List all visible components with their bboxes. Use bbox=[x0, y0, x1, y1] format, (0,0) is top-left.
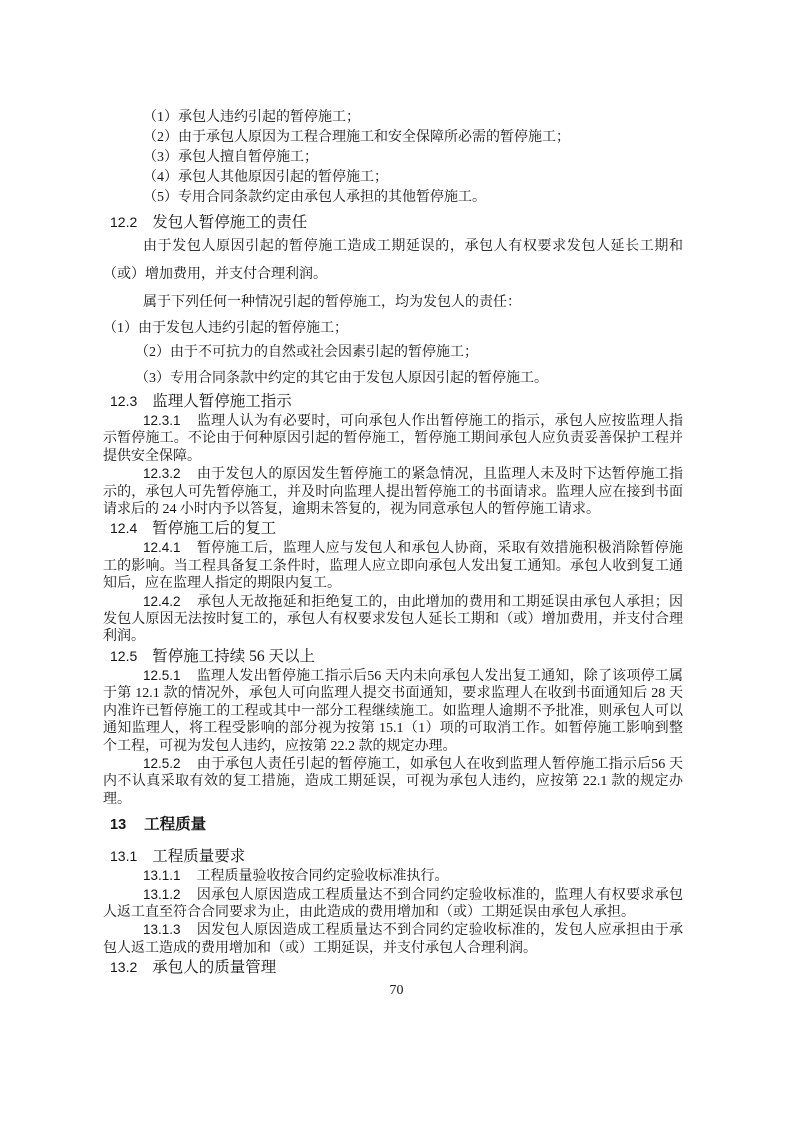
list-item: （5）专用合同条款约定由承包人承担的其他暂停施工。 bbox=[103, 188, 683, 208]
list-item: （4）承包人其他原因引起的暂停施工； bbox=[103, 168, 683, 188]
clause-paragraph: 12.4.2承包人无故拖延和拒绝复工的，由此增加的费用和工期延误由承包人承担；因… bbox=[103, 593, 683, 646]
section-heading-12-4: 12.4暂停施工后的复工 bbox=[103, 518, 683, 539]
clause-number: 12.4.2 bbox=[143, 594, 181, 609]
chapter-number: 13 bbox=[110, 817, 126, 833]
clause-number: 12.5.2 bbox=[143, 756, 181, 771]
clause-number: 13.1.1 bbox=[143, 868, 181, 883]
clause-text: 工程质量验收按合同约定验收标准执行。 bbox=[197, 869, 449, 884]
chapter-heading-13: 13工程质量 bbox=[103, 814, 683, 836]
list-item: （2）由于承包人原因为工程合理施工和安全保障所必需的暂停施工； bbox=[103, 128, 683, 148]
section-number: 13.1 bbox=[110, 848, 137, 864]
section-heading-12-2: 12.2发包人暂停施工的责任 bbox=[103, 212, 683, 233]
list-item: （1）由于发包人违约引起的暂停施工； bbox=[103, 317, 683, 341]
section-title: 监理人暂停施工指示 bbox=[152, 393, 292, 410]
list-item: （3）专用合同条款中约定的其它由于发包人原因引起的暂停施工。 bbox=[103, 367, 683, 391]
clause-number: 12.3.1 bbox=[143, 413, 181, 428]
clause-number: 12.3.2 bbox=[143, 466, 181, 481]
list-item: （1）承包人违约引起的暂停施工； bbox=[103, 108, 683, 128]
clause-text: 因发包人原因造成工程质量达不到合同约定验收标准的，发包人应承担由于承包人返工造成… bbox=[103, 923, 683, 955]
clause-paragraph: 12.5.1监理人发出暂停施工指示后56 天内未向承包人发出复工通知，除了该项停… bbox=[103, 667, 683, 755]
clause-text: 承包人无故拖延和拒绝复工的，由此增加的费用和工期延误由承包人承担；因发包人原因无… bbox=[103, 595, 683, 645]
section-number: 13.2 bbox=[110, 959, 137, 975]
clause-text: 监理人发出暂停施工指示后56 天内未向承包人发出复工通知，除了该项停工属于第 1… bbox=[103, 669, 683, 754]
section-heading-13-1: 13.1工程质量要求 bbox=[103, 846, 683, 867]
clause-paragraph: 12.3.2由于发包人的原因发生暂停施工的紧急情况，且监理人未及时下达暂停施工指… bbox=[103, 465, 683, 518]
clause-paragraph: 13.1.3因发包人原因造成工程质量达不到合同约定验收标准的，发包人应承担由于承… bbox=[103, 921, 683, 957]
clause-text: 监理人认为有必要时，可向承包人作出暂停施工的指示，承包人应按监理人指示暂停施工。… bbox=[103, 414, 683, 464]
page-number: 70 bbox=[0, 983, 793, 999]
clause-text: 因承包人原因造成工程质量达不到合同约定验收标准的，监理人有权要求承包人返工直至符… bbox=[103, 888, 683, 920]
clause-number: 12.5.1 bbox=[143, 668, 181, 683]
section-number: 12.4 bbox=[110, 520, 137, 536]
section-title: 暂停施工后的复工 bbox=[152, 520, 276, 537]
section-number: 12.3 bbox=[110, 393, 137, 409]
paragraph: 属于下列任何一种情况引起的暂停施工，均为发包人的责任： bbox=[103, 289, 683, 317]
clause-text: 由于发包人的原因发生暂停施工的紧急情况，且监理人未及时下达暂停施工指示的，承包人… bbox=[103, 467, 683, 517]
clause-text: 由于承包人责任引起的暂停施工，如承包人在收到监理人暂停施工指示后56 天内不认真… bbox=[103, 757, 683, 807]
section-heading-12-5: 12.5暂停施工持续 56 天以上 bbox=[103, 646, 683, 667]
clause-paragraph: 12.5.2由于承包人责任引起的暂停施工，如承包人在收到监理人暂停施工指示后56… bbox=[103, 755, 683, 808]
section-title: 发包人暂停施工的责任 bbox=[152, 214, 307, 231]
section-number: 12.2 bbox=[110, 214, 137, 230]
clause-paragraph: 12.3.1监理人认为有必要时，可向承包人作出暂停施工的指示，承包人应按监理人指… bbox=[103, 412, 683, 465]
clause-text: 暂停施工后，监理人应与发包人和承包人协商，采取有效措施积极消除暂停施工的影响。当… bbox=[103, 541, 683, 591]
section-title: 暂停施工持续 56 天以上 bbox=[152, 648, 315, 665]
section-title: 工程质量要求 bbox=[152, 848, 245, 865]
section-title: 承包人的质量管理 bbox=[152, 959, 276, 976]
chapter-title: 工程质量 bbox=[144, 816, 206, 833]
clause-number: 13.1.2 bbox=[143, 887, 181, 902]
clause-paragraph: 12.4.1暂停施工后，监理人应与发包人和承包人协商，采取有效措施积极消除暂停施… bbox=[103, 539, 683, 592]
section-heading-13-2: 13.2承包人的质量管理 bbox=[103, 957, 683, 978]
section-number: 12.5 bbox=[110, 648, 137, 664]
clause-paragraph: 13.1.1工程质量验收按合同约定验收标准执行。 bbox=[103, 867, 683, 885]
list-item: （2）由于不可抗力的自然或社会因素引起的暂停施工； bbox=[103, 341, 683, 365]
paragraph: 由于发包人原因引起的暂停施工造成工期延误的，承包人有权要求发包人延长工期和（或）… bbox=[103, 233, 683, 289]
section-heading-12-3: 12.3监理人暂停施工指示 bbox=[103, 391, 683, 412]
clause-number: 12.4.1 bbox=[143, 540, 181, 555]
clause-number: 13.1.3 bbox=[143, 922, 181, 937]
list-item: （3）承包人擅自暂停施工； bbox=[103, 148, 683, 168]
document-page: （1）承包人违约引起的暂停施工； （2）由于承包人原因为工程合理施工和安全保障所… bbox=[0, 0, 793, 1122]
clause-paragraph: 13.1.2因承包人原因造成工程质量达不到合同约定验收标准的，监理人有权要求承包… bbox=[103, 886, 683, 922]
